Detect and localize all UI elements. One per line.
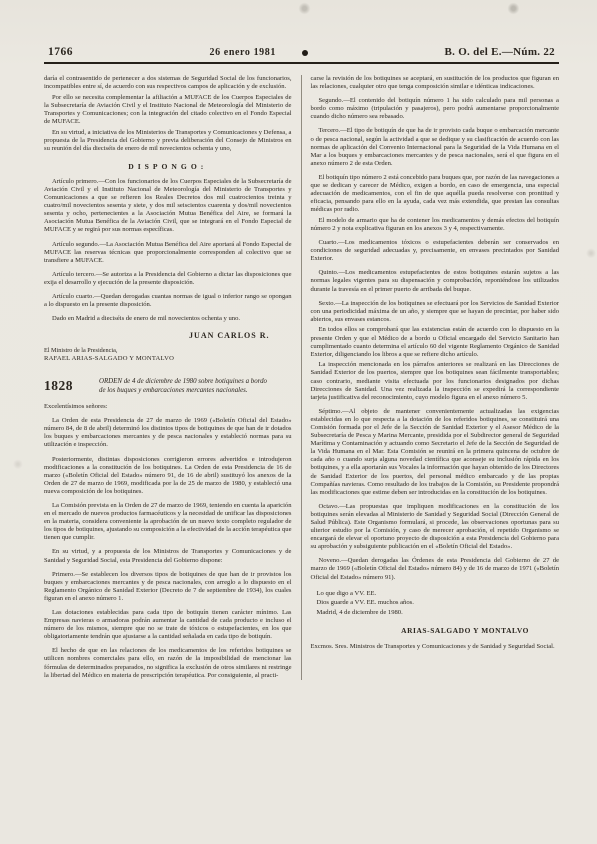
- order-signature: ARIAS-SALGADO Y MONTALVO: [311, 626, 560, 635]
- closing-line: Lo que digo a VV. EE.: [311, 590, 560, 598]
- paragraph: La Comisión prevista en la Orden de 27 d…: [44, 502, 292, 542]
- paragraph: Noveno.—Quedan derogadas las Órdenes de …: [311, 557, 560, 581]
- page-header: 1766 26 enero 1981 B. O. del E.—Núm. 22: [44, 46, 559, 62]
- paragraph: daría el contrasentido de pertenecer a d…: [44, 75, 292, 91]
- header-dot-icon: [302, 50, 308, 56]
- article-paragraph: Artículo tercero.—Se autoriza a la Presi…: [44, 271, 292, 287]
- minister-title: El Ministro de la Presidencia,: [44, 347, 292, 355]
- paragraph: carse la revisión de los botiquines se a…: [311, 75, 560, 91]
- paragraph: El hecho de que en las relaciones de los…: [44, 647, 292, 679]
- paragraph: Por ello se necesita complementar la afi…: [44, 94, 292, 126]
- paragraph: El botiquín tipo número 2 está concebido…: [311, 174, 560, 214]
- paragraph: En su virtud, a iniciativa de los Minist…: [44, 129, 292, 153]
- closing-block: Lo que digo a VV. EE. Dios guarde a VV. …: [311, 590, 560, 617]
- order-title: ORDEN de 4 de diciembre de 1980 sobre bo…: [99, 378, 267, 395]
- paragraph: En su virtud, y a propuesta de los Minis…: [44, 548, 292, 564]
- paragraph: Quinto.—Los medicamentos estupefacientes…: [311, 269, 560, 293]
- paragraph: Posteriormente, distintas disposiciones …: [44, 456, 292, 496]
- gazette-page: 1766 26 enero 1981 B. O. del E.—Núm. 22 …: [0, 0, 597, 844]
- left-column: daría el contrasentido de pertenecer a d…: [44, 75, 302, 680]
- royal-signature: JUAN CARLOS R.: [44, 331, 292, 340]
- order-number: 1828: [44, 378, 73, 394]
- issue-label: B. O. del E.—Núm. 22: [444, 46, 555, 58]
- addressees-paragraph: Excmos. Sres. Ministros de Transportes y…: [311, 643, 560, 651]
- paragraph: Primero.—Se establecen los diversos tipo…: [44, 571, 292, 603]
- article-paragraph: Artículo primero.—Con los funcionarios d…: [44, 178, 292, 235]
- header-center: 26 enero 1981: [209, 47, 308, 58]
- article-paragraph: Artículo segundo.—La Asociación Mutua Be…: [44, 241, 292, 265]
- paragraph: Séptimo.—Al objeto de mantener convenien…: [311, 408, 560, 497]
- paragraph: Segundo.—El contenido del botiquín númer…: [311, 97, 560, 121]
- paragraph: Cuarto.—Los medicamentos tóxicos o estup…: [311, 239, 560, 263]
- paragraph: Las dotaciones establecidas para cada ti…: [44, 609, 292, 641]
- text-columns: daría el contrasentido de pertenecer a d…: [44, 75, 559, 680]
- page-number: 1766: [48, 46, 73, 58]
- paragraph: La Orden de esta Presidencia de 27 de ma…: [44, 417, 292, 449]
- paragraph: Sexto.—La inspección de los botiquines s…: [311, 300, 560, 324]
- paragraph: Octavo.—Las propuestas que impliquen mod…: [311, 503, 560, 552]
- minister-name: RAFAEL ARIAS-SALGADO Y MONTALVO: [44, 355, 292, 363]
- paragraph: La inspección mencionada en los párrafos…: [311, 361, 560, 401]
- paragraph: En todos ellos se comprobará que las exi…: [311, 326, 560, 358]
- order-heading: 1828 ORDEN de 4 de diciembre de 1980 sob…: [44, 378, 292, 395]
- dispongo-heading: DISPONGO:: [44, 162, 292, 171]
- paragraph: Tercero.—El tipo de botiquín de que ha d…: [311, 127, 560, 167]
- paragraph: El modelo de armario que ha de contener …: [311, 217, 560, 233]
- minister-block: El Ministro de la Presidencia, RAFAEL AR…: [44, 347, 292, 362]
- header-date: 26 enero 1981: [209, 47, 276, 58]
- closing-line: Madrid, 4 de diciembre de 1980.: [311, 609, 560, 617]
- article-paragraph: Artículo cuarto.—Quedan derogadas cuanta…: [44, 293, 292, 309]
- right-column: carse la revisión de los botiquines se a…: [302, 75, 560, 680]
- dado-paragraph: Dado en Madrid a dieciséis de enero de m…: [44, 315, 292, 323]
- closing-line: Dios guarde a VV. EE. muchos años.: [311, 599, 560, 607]
- header-rule: [44, 62, 559, 64]
- salutation: Excelentísimos señores:: [44, 403, 292, 411]
